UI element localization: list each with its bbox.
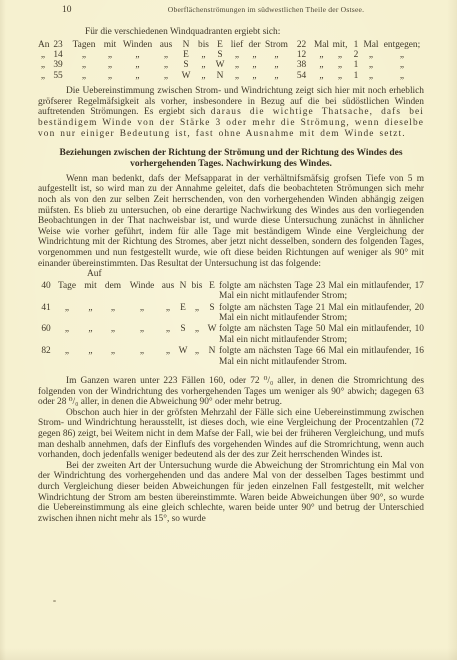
table-cell: „ <box>362 71 380 81</box>
table-cell: 82 <box>38 346 54 356</box>
table-cell: „ <box>101 346 125 356</box>
table-cell: „ <box>380 60 424 70</box>
table-cell: N <box>205 346 219 356</box>
table-cell: S <box>177 324 189 334</box>
table-cell: E <box>212 40 228 50</box>
table-cell: W <box>205 324 219 334</box>
table-cell: folgte am nächsten Tage 21 Mal ein mitla… <box>219 303 424 324</box>
table-cell: „ <box>159 303 177 313</box>
table-cell: 55 <box>48 71 68 81</box>
table-cell: „ <box>68 71 100 81</box>
table-cell: „ <box>80 303 101 313</box>
table-cell: folgte am nächsten Tage 50 Mal ein mitla… <box>219 324 424 345</box>
table-cell: „ <box>263 60 290 70</box>
table-cell: W <box>212 60 228 70</box>
second-method-paragraph: Bei der zweiten Art der Untersuchung wur… <box>38 461 424 525</box>
method-paragraph: Wenn man bedenkt, dafs der Mefsapparat i… <box>38 174 424 269</box>
table-cell: S <box>205 303 219 313</box>
table-cell: „ <box>38 60 48 70</box>
table-cell: „ <box>380 50 424 60</box>
table-cell: 41 <box>38 303 54 313</box>
table-cell: „ <box>101 303 125 313</box>
table-cell: „ <box>362 50 380 60</box>
table-cell: „ <box>120 71 155 81</box>
table-cell: 23 <box>48 40 68 50</box>
table-cell: „ <box>228 71 246 81</box>
table-cell: Winden <box>120 40 155 50</box>
table-cell: mit <box>80 281 101 291</box>
auf-label: Auf <box>87 269 424 280</box>
table-cell: „ <box>195 50 212 60</box>
table-cell: „ <box>330 60 350 70</box>
section-heading: Beziehungen zwischen der Richtung der St… <box>45 148 417 171</box>
next-day-table: 40TagemitdemWindeausNbisEfolgte am nächs… <box>38 281 424 367</box>
table-cell: „ <box>189 346 205 356</box>
table-cell: 12 <box>290 50 313 60</box>
table-cell: „ <box>228 60 246 70</box>
table-cell: W <box>177 71 195 81</box>
table-cell: 60 <box>38 324 54 334</box>
table-cell: „ <box>313 50 330 60</box>
table-cell: An <box>38 40 48 50</box>
book-page: 10 Oberflächenströmungen im südwestliche… <box>0 0 457 524</box>
table-cell: E <box>177 50 195 60</box>
table-cell: „ <box>189 303 205 313</box>
table-cell: „ <box>125 346 159 356</box>
table-cell: „ <box>159 346 177 356</box>
table-cell: mit, <box>330 40 350 50</box>
table-cell: lief <box>228 40 246 50</box>
wind-quadrant-table: An23TagenmitWindenausNbisEliefderStrom22… <box>38 40 424 82</box>
table-cell: „ <box>228 50 246 60</box>
table-cell: „ <box>100 50 120 60</box>
table-cell: „ <box>155 71 177 81</box>
table-cell: „ <box>101 324 125 334</box>
table-cell: 38 <box>290 60 313 70</box>
table-cell: Mal <box>313 40 330 50</box>
table-cell: „ <box>68 60 100 70</box>
table-cell: „ <box>125 303 159 313</box>
table-cell: „ <box>80 324 101 334</box>
table-cell: „ <box>246 71 263 81</box>
table-cell: „ <box>195 71 212 81</box>
table-cell: „ <box>263 50 290 60</box>
table-cell: „ <box>54 303 80 313</box>
table-cell: bis <box>189 281 205 291</box>
table-cell: S <box>212 50 228 60</box>
table-cell: „ <box>159 324 177 334</box>
table-cell: folgte am nächsten Tage 66 Mal ein mitla… <box>219 346 424 367</box>
table-cell: Tagen <box>68 40 100 50</box>
table-cell: 54 <box>290 71 313 81</box>
intro-line: Für die verschiedenen Windquadranten erg… <box>85 27 424 38</box>
table-cell: N <box>177 281 189 291</box>
table-cell: „ <box>263 71 290 81</box>
page-number: 10 <box>62 5 72 15</box>
table-cell: „ <box>362 60 380 70</box>
table-cell: „ <box>100 60 120 70</box>
table-cell: entgegen; <box>380 40 424 50</box>
table-cell: der <box>246 40 263 50</box>
table-cell: N <box>177 40 195 50</box>
table-cell: 1 <box>350 60 362 70</box>
table-cell: „ <box>246 60 263 70</box>
table-cell: „ <box>54 346 80 356</box>
running-title: Oberflächenströmungen im südwestlichen T… <box>108 5 424 14</box>
table-cell: „ <box>380 71 424 81</box>
table-cell: 39 <box>48 60 68 70</box>
table-cell: 14 <box>48 50 68 60</box>
table-cell: „ <box>246 50 263 60</box>
table-cell: „ <box>155 60 177 70</box>
table-cell: E <box>177 303 189 313</box>
table-cell: „ <box>54 324 80 334</box>
table-cell: 2 <box>350 50 362 60</box>
table-cell: „ <box>313 71 330 81</box>
table-cell: bis <box>195 40 212 50</box>
table-cell: „ <box>195 60 212 70</box>
table-cell: Strom <box>263 40 290 50</box>
table-cell: N <box>212 71 228 81</box>
totals-paragraph: Im Ganzen waren unter 223 Fällen 160, od… <box>38 376 424 408</box>
table-cell: 1 <box>350 71 362 81</box>
table-cell: „ <box>330 71 350 81</box>
table-cell: 40 <box>38 281 54 291</box>
table-cell: Winde <box>125 281 159 291</box>
agreement-paragraph: Die Uebereinstimmung zwischen Strom- und… <box>38 86 424 139</box>
table-cell: „ <box>120 50 155 60</box>
table-cell: dem <box>101 281 125 291</box>
table-cell: „ <box>125 324 159 334</box>
table-cell: folgte am nächsten Tage 23 Mal ein mitla… <box>219 281 424 302</box>
table-cell: „ <box>38 50 48 60</box>
table-cell: Mal <box>362 40 380 50</box>
table-cell: „ <box>330 50 350 60</box>
table-cell: S <box>177 60 195 70</box>
table-cell: „ <box>100 71 120 81</box>
table-cell: „ <box>38 71 48 81</box>
comparison-paragraph: Obschon auch hier in der gröfsten Mehrza… <box>38 408 424 461</box>
table-cell: 1 <box>350 40 362 50</box>
table-cell: Tage <box>54 281 80 291</box>
table-cell: „ <box>68 50 100 60</box>
table-cell: E <box>205 281 219 291</box>
table-cell: 22 <box>290 40 313 50</box>
table-cell: aus <box>155 40 177 50</box>
table-cell: aus <box>159 281 177 291</box>
table-cell: „ <box>80 346 101 356</box>
scan-speck <box>53 600 56 602</box>
table-cell: „ <box>313 60 330 70</box>
table-cell: „ <box>155 50 177 60</box>
table-cell: „ <box>189 324 205 334</box>
table-cell: mit <box>100 40 120 50</box>
table-cell: „ <box>120 60 155 70</box>
table-cell: W <box>177 346 189 356</box>
page-header: 10 Oberflächenströmungen im südwestliche… <box>38 5 424 18</box>
